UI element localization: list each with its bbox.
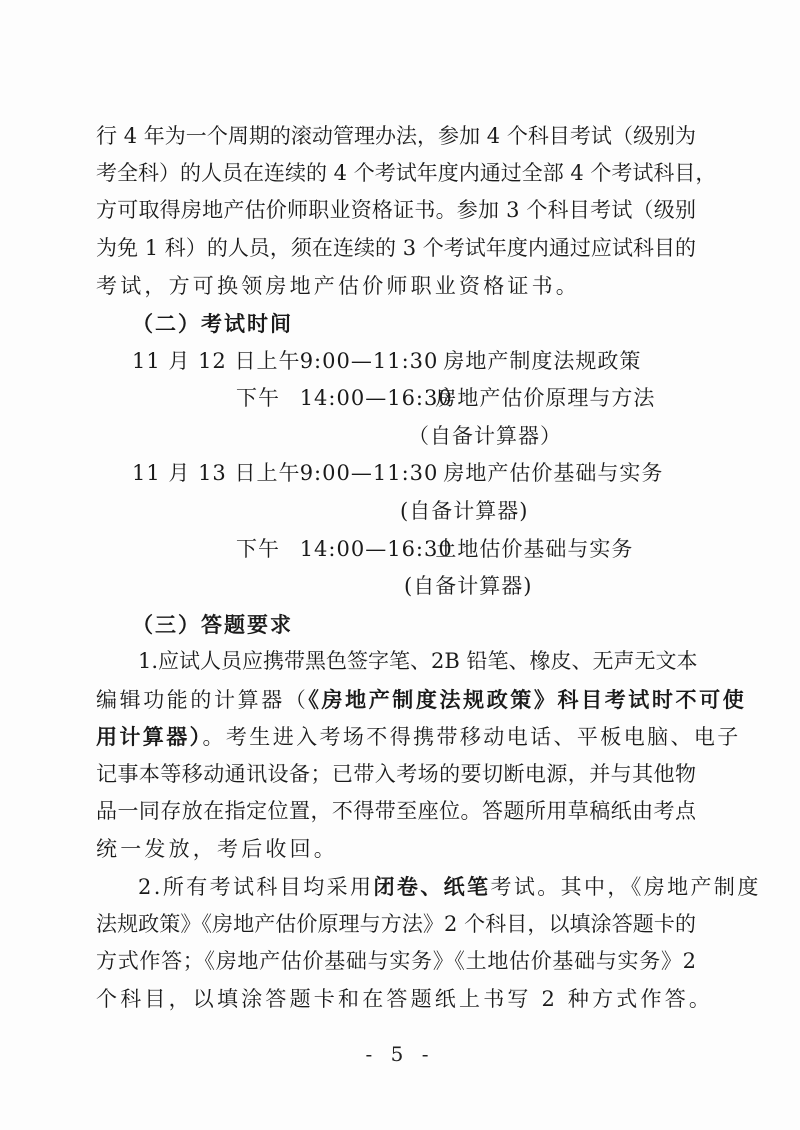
document-page: 行 4 年为一个周期的滚动管理办法，参加 4 个科目考试（级别为 考全科）的人员… — [0, 0, 800, 1130]
item1-line-3: 用计算器）。考生进入考场不得携带移动电话、平板电脑、电子 — [96, 718, 696, 755]
intro-line-1: 行 4 年为一个周期的滚动管理办法，参加 4 个科目考试（级别为 — [96, 118, 696, 155]
schedule-row-3: 11 月 13 日上午 9:00—11:30 房地产估价基础与实务 — [132, 455, 732, 492]
schedule-time: 9:00—11:30 — [300, 455, 436, 492]
schedule-subject: 房地产制度法规政策 — [443, 343, 641, 380]
schedule-row-3-note: (自备计算器) — [400, 493, 800, 530]
item2-line-2: 法规政策》《房地产估价原理与方法》2 个科目，以填涂答题卡的 — [96, 906, 696, 943]
schedule-row-2-note: （自备计算器） — [408, 418, 800, 455]
item1-line-3-normal: 。考生进入考场不得携带移动电话、平板电脑、电子 — [203, 725, 741, 749]
item2-line-4: 个科目，以填涂答题卡和在答题纸上书写 2 种方式作答。 — [96, 981, 696, 1018]
intro-line-4: 为免 1 科）的人员，须在连续的 3 个考试年度内通过应试科目的 — [96, 230, 696, 267]
item2-line-3: 方式作答；《房地产估价基础与实务》《土地估价基础与实务》2 — [96, 943, 696, 980]
intro-line-3: 方可取得房地产估价师职业资格证书。参加 3 个科目考试（级别 — [96, 192, 696, 229]
schedule-date: 11 月 13 日上午 — [132, 455, 292, 492]
item1-line-4: 记事本等移动通讯设备；已带入考场的要切断电源，并与其他物 — [96, 756, 696, 793]
schedule-subject: 土地估价基础与实务 — [435, 531, 633, 568]
schedule-date: 下午 — [236, 531, 292, 568]
schedule-time: 9:00—11:30 — [300, 343, 436, 380]
item1-line-5: 品一同存放在指定位置，不得带至座位。答题所用草稿纸由考点 — [96, 793, 696, 830]
schedule-row-4-note: (自备计算器) — [404, 568, 800, 605]
intro-line-2: 考全科）的人员在连续的 4 个考试年度内通过全部 4 个考试科目， — [96, 155, 696, 192]
schedule-row-1: 11 月 12 日上午 9:00—11:30 房地产制度法规政策 — [132, 343, 732, 380]
item2-line-1-pre: 2.所有考试科目均采用 — [138, 875, 373, 899]
section-heading-exam-time: （二）考试时间 — [132, 305, 732, 342]
schedule-time: 14:00—16:30 — [300, 531, 428, 568]
item1-line-1: 1.应试人员应携带黑色签字笔、2B 铅笔、橡皮、无声无文本 — [138, 643, 696, 680]
schedule-date: 11 月 12 日上午 — [132, 343, 292, 380]
schedule-date: 下午 — [236, 380, 292, 417]
item1-line-3-bold: 用计算器） — [96, 724, 203, 749]
schedule-row-4: 下午 14:00—16:30 土地估价基础与实务 — [236, 531, 800, 568]
section-heading-answer-requirements: （三）答题要求 — [132, 606, 732, 643]
intro-line-5: 考试，方可换领房地产估价师职业资格证书。 — [96, 268, 696, 305]
item1-line-2: 编辑功能的计算器（《房地产制度法规政策》科目考试时不可使 — [96, 681, 696, 718]
page-number: - 5 - — [0, 1042, 800, 1066]
item2-line-1-bold: 闭卷、纸笔 — [373, 874, 490, 899]
item1-line-2-bold: 《房地产制度法规政策》科目考试时不可使 — [308, 687, 746, 712]
item2-line-1: 2.所有考试科目均采用闭卷、纸笔考试。其中，《房地产制度 — [138, 868, 696, 905]
schedule-subject: 房地产估价基础与实务 — [443, 455, 663, 492]
item2-line-1-post: 考试。其中，《房地产制度 — [490, 875, 760, 899]
schedule-subject: 房地产估价原理与方法 — [435, 380, 655, 417]
schedule-row-2: 下午 14:00—16:30 房地产估价原理与方法 — [236, 380, 800, 417]
item1-line-6: 统一发放，考后收回。 — [96, 831, 696, 868]
schedule-time: 14:00—16:30 — [300, 380, 428, 417]
item1-line-2-normal: 编辑功能的计算器（ — [96, 688, 308, 712]
